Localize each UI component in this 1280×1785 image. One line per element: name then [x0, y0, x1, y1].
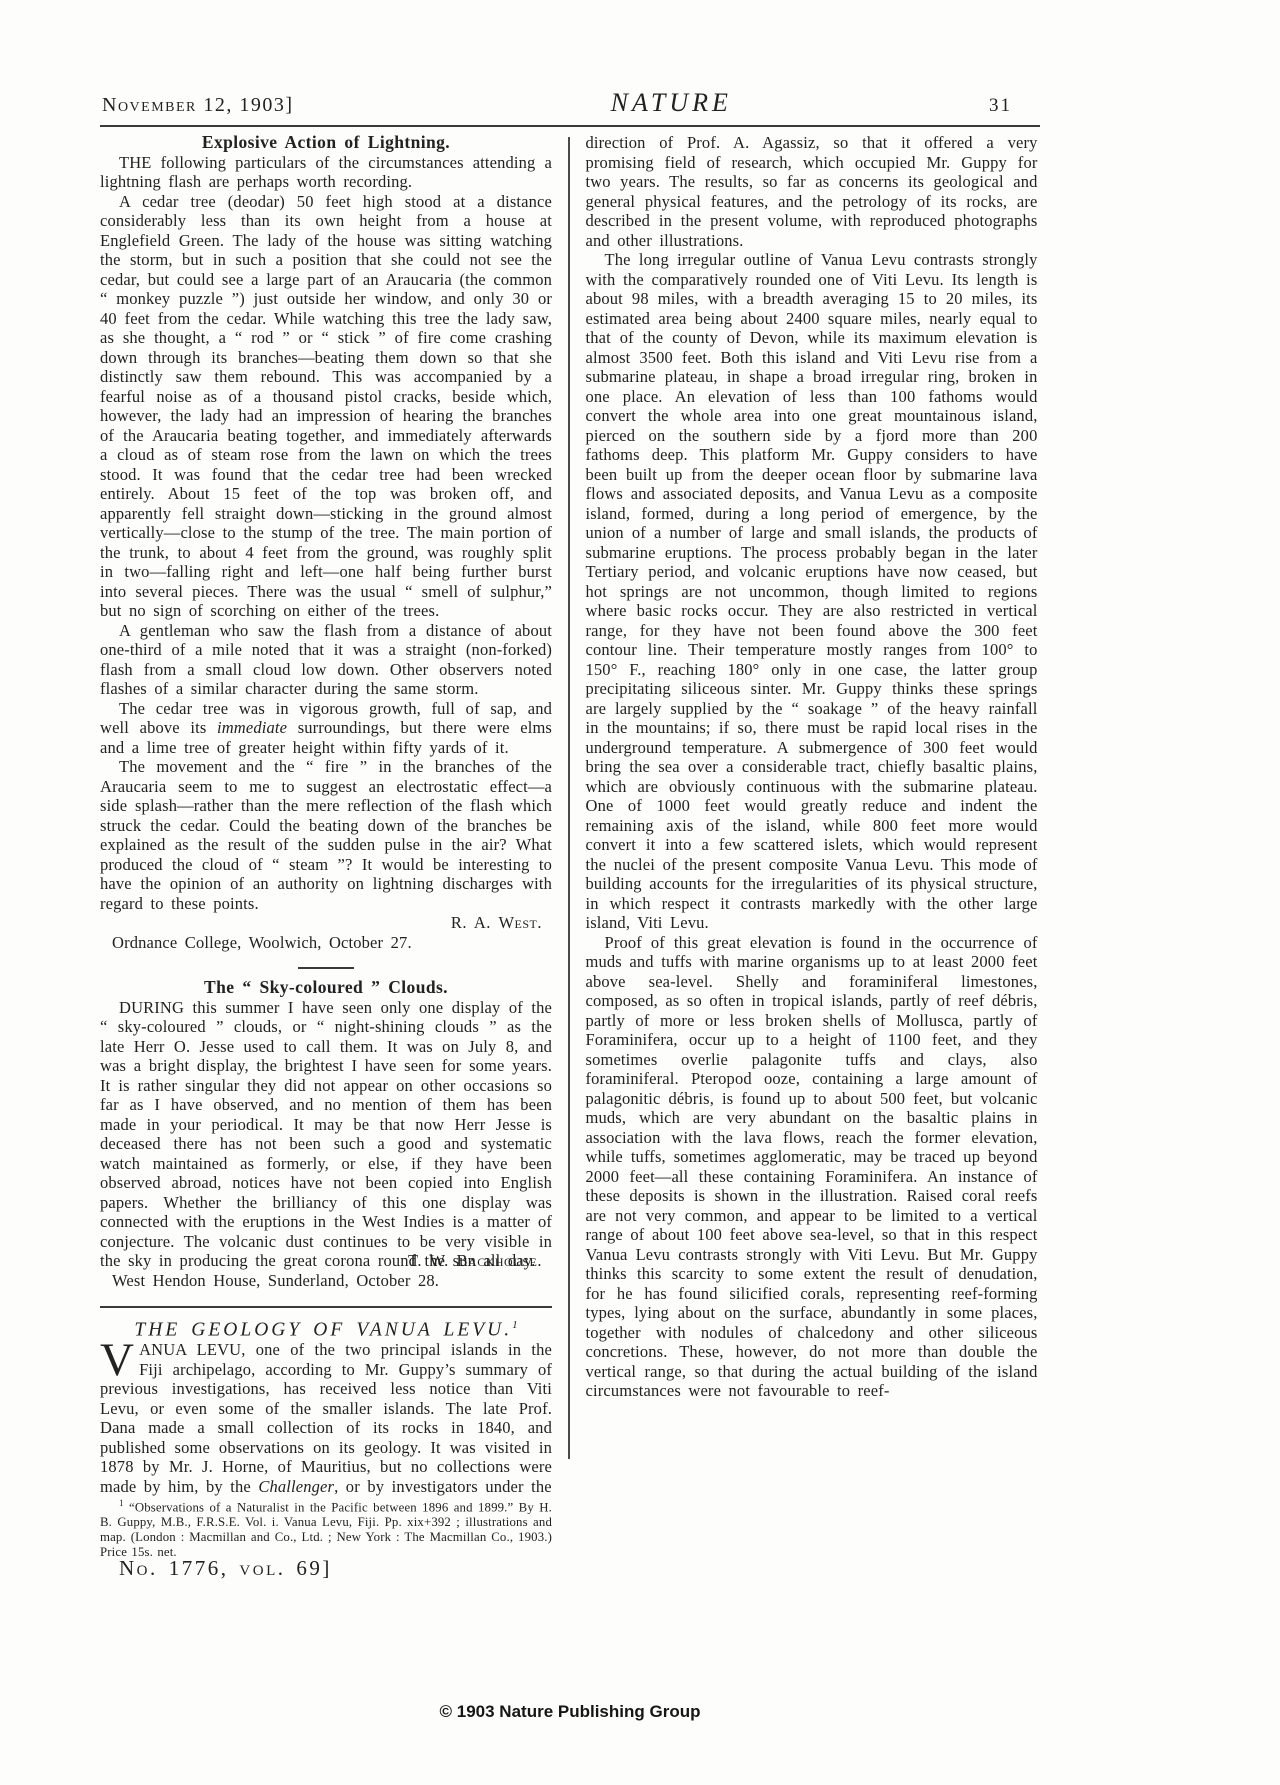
geology-title-text: THE GEOLOGY OF VANUA LEVU.: [134, 1320, 512, 1341]
paragraph: THE following particulars of the circums…: [100, 153, 552, 192]
paragraph: Proof of this great elevation is found i…: [586, 933, 1038, 1401]
address: Ordnance College, Woolwich, October 27.: [100, 933, 552, 953]
column-left: Explosive Action of Lightning. THE follo…: [100, 133, 552, 1579]
footnote: 1 “Observations of a Naturalist in the P…: [100, 1496, 552, 1559]
paragraph: direction of Prof. A. Agassiz, so that i…: [586, 133, 1038, 250]
footnote-text: “Observations of a Naturalist in the Pac…: [100, 1500, 552, 1558]
paragraph: DURING this summer I have seen only one …: [100, 998, 552, 1271]
paragraph: The movement and the “ fire ” in the bra…: [100, 757, 552, 913]
paragraph: The long irregular outline of Vanua Levu…: [586, 250, 1038, 933]
column-divider-rule: [568, 137, 570, 1459]
page-number: 31: [989, 95, 1038, 117]
article-title: Explosive Action of Lightning.: [100, 133, 552, 153]
lead-paragraph: VANUA LEVU, one of the two principal isl…: [100, 1340, 552, 1496]
article-geology: THE GEOLOGY OF VANUA LEVU.1 VANUA LEVU, …: [100, 1316, 552, 1559]
journal-title: NATURE: [611, 88, 732, 118]
paragraph: A cedar tree (deodar) 50 feet high stood…: [100, 192, 552, 621]
paragraph: A gentleman who saw the flash from a dis…: [100, 621, 552, 699]
address: West Hendon House, Sunderland, October 2…: [100, 1271, 552, 1291]
ship-name: Challenger: [258, 1477, 334, 1496]
signature: R. A. West.: [100, 913, 552, 933]
article-clouds: The “ Sky-coloured ” Clouds. DURING this…: [100, 978, 552, 1290]
journal-page-scan: November 12, 1903] NATURE 31 Explosive A…: [0, 0, 1280, 1785]
article-lightning: Explosive Action of Lightning. THE follo…: [100, 133, 552, 952]
paragraph-text: ANUA LEVU, one of the two principal isla…: [100, 1340, 552, 1496]
section-separator: [298, 967, 354, 969]
copyright-footer: © 1903 Nature Publishing Group: [100, 1702, 1040, 1722]
masthead: November 12, 1903] NATURE 31: [100, 88, 1040, 118]
section-separator: [100, 1306, 552, 1308]
issue-line: No. 1776, vol. 69]: [100, 1559, 552, 1579]
geology-title: THE GEOLOGY OF VANUA LEVU.1: [100, 1316, 552, 1340]
column-right: direction of Prof. A. Agassiz, so that i…: [586, 133, 1038, 1579]
footnote-reference: 1: [512, 1319, 518, 1331]
header-rule: [100, 125, 1040, 127]
emphasized-word: immediate: [217, 718, 287, 737]
columns: Explosive Action of Lightning. THE follo…: [100, 133, 1040, 1579]
paragraph-text: , or by investigators under the: [334, 1477, 552, 1496]
page-content: November 12, 1903] NATURE 31 Explosive A…: [100, 88, 1040, 1579]
article-title: The “ Sky-coloured ” Clouds.: [100, 978, 552, 998]
drop-cap: V: [100, 1340, 139, 1378]
masthead-date: November 12, 1903]: [102, 94, 294, 117]
paragraph: The cedar tree was in vigorous growth, f…: [100, 699, 552, 758]
